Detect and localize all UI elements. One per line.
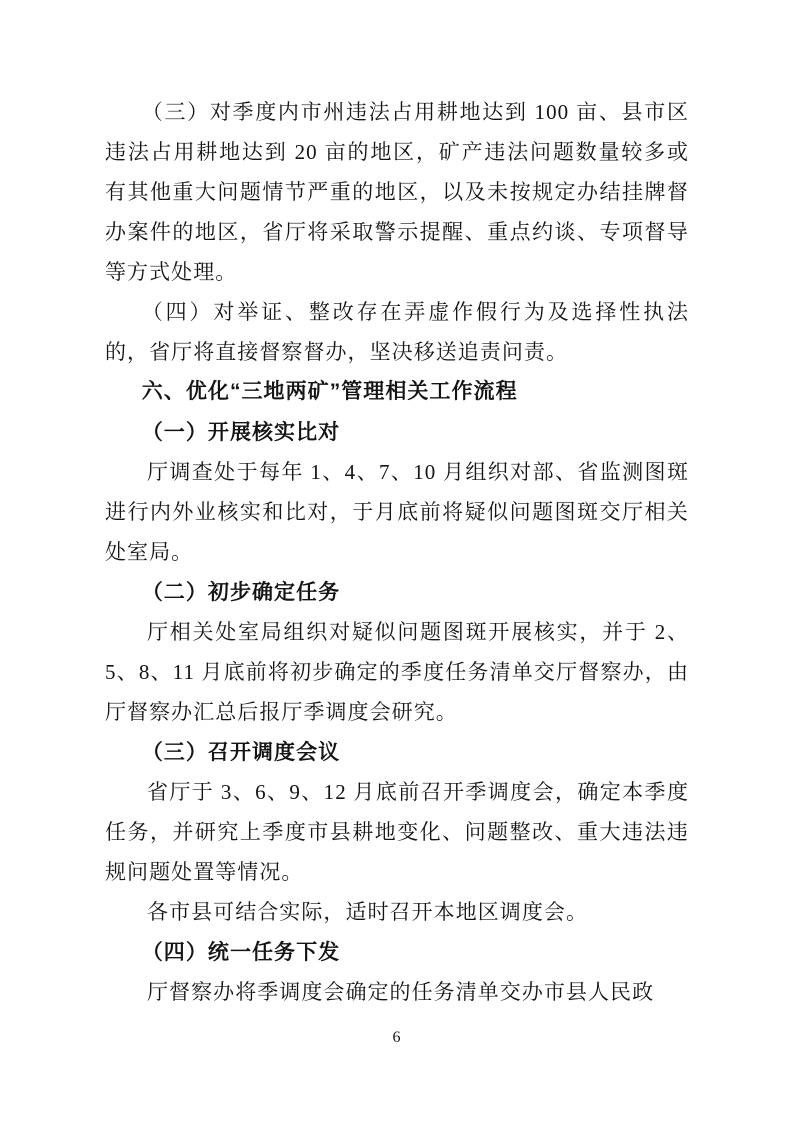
paragraph-dispatch-meeting-detail: 省厅于 3、6、9、12 月底前召开季调度会，确定本季度任务，并研究上季度市县耕… <box>105 772 689 892</box>
paragraph-local-meetings: 各市县可结合实际，适时召开本地区调度会。 <box>105 892 689 932</box>
paragraph-task-issuance-detail: 厅督察办将季调度会确定的任务清单交办市县人民政 <box>105 972 689 1012</box>
document-page: （三）对季度内市州违法占用耕地达到 100 亩、县市区违法占用耕地达到 20 亩… <box>0 0 793 1122</box>
page-body: （三）对季度内市州违法占用耕地达到 100 亩、县市区违法占用耕地达到 20 亩… <box>105 92 689 1012</box>
paragraph-item-3-penalty: （三）对季度内市州违法占用耕地达到 100 亩、县市区违法占用耕地达到 20 亩… <box>105 92 689 292</box>
section-heading-6-workflow: 六、优化“三地两矿”管理相关工作流程 <box>105 372 689 412</box>
subsection-heading-2-initial-tasks: （二）初步确定任务 <box>105 572 689 612</box>
paragraph-initial-tasks-detail: 厅相关处室局组织对疑似问题图斑开展核实，并于 2、5、8、11 月底前将初步确定… <box>105 612 689 732</box>
subsection-heading-1-verification: （一）开展核实比对 <box>105 412 689 452</box>
subsection-heading-3-dispatch-meeting: （三）召开调度会议 <box>105 732 689 772</box>
page-number: 6 <box>0 1026 793 1050</box>
paragraph-verification-detail: 厅调查处于每年 1、4、7、10 月组织对部、省监测图斑进行内外业核实和比对，于… <box>105 452 689 572</box>
subsection-heading-4-task-issuance: （四）统一任务下发 <box>105 932 689 972</box>
paragraph-item-4-accountability: （四）对举证、整改存在弄虚作假行为及选择性执法的，省厅将直接督察督办，坚决移送追… <box>105 292 689 372</box>
